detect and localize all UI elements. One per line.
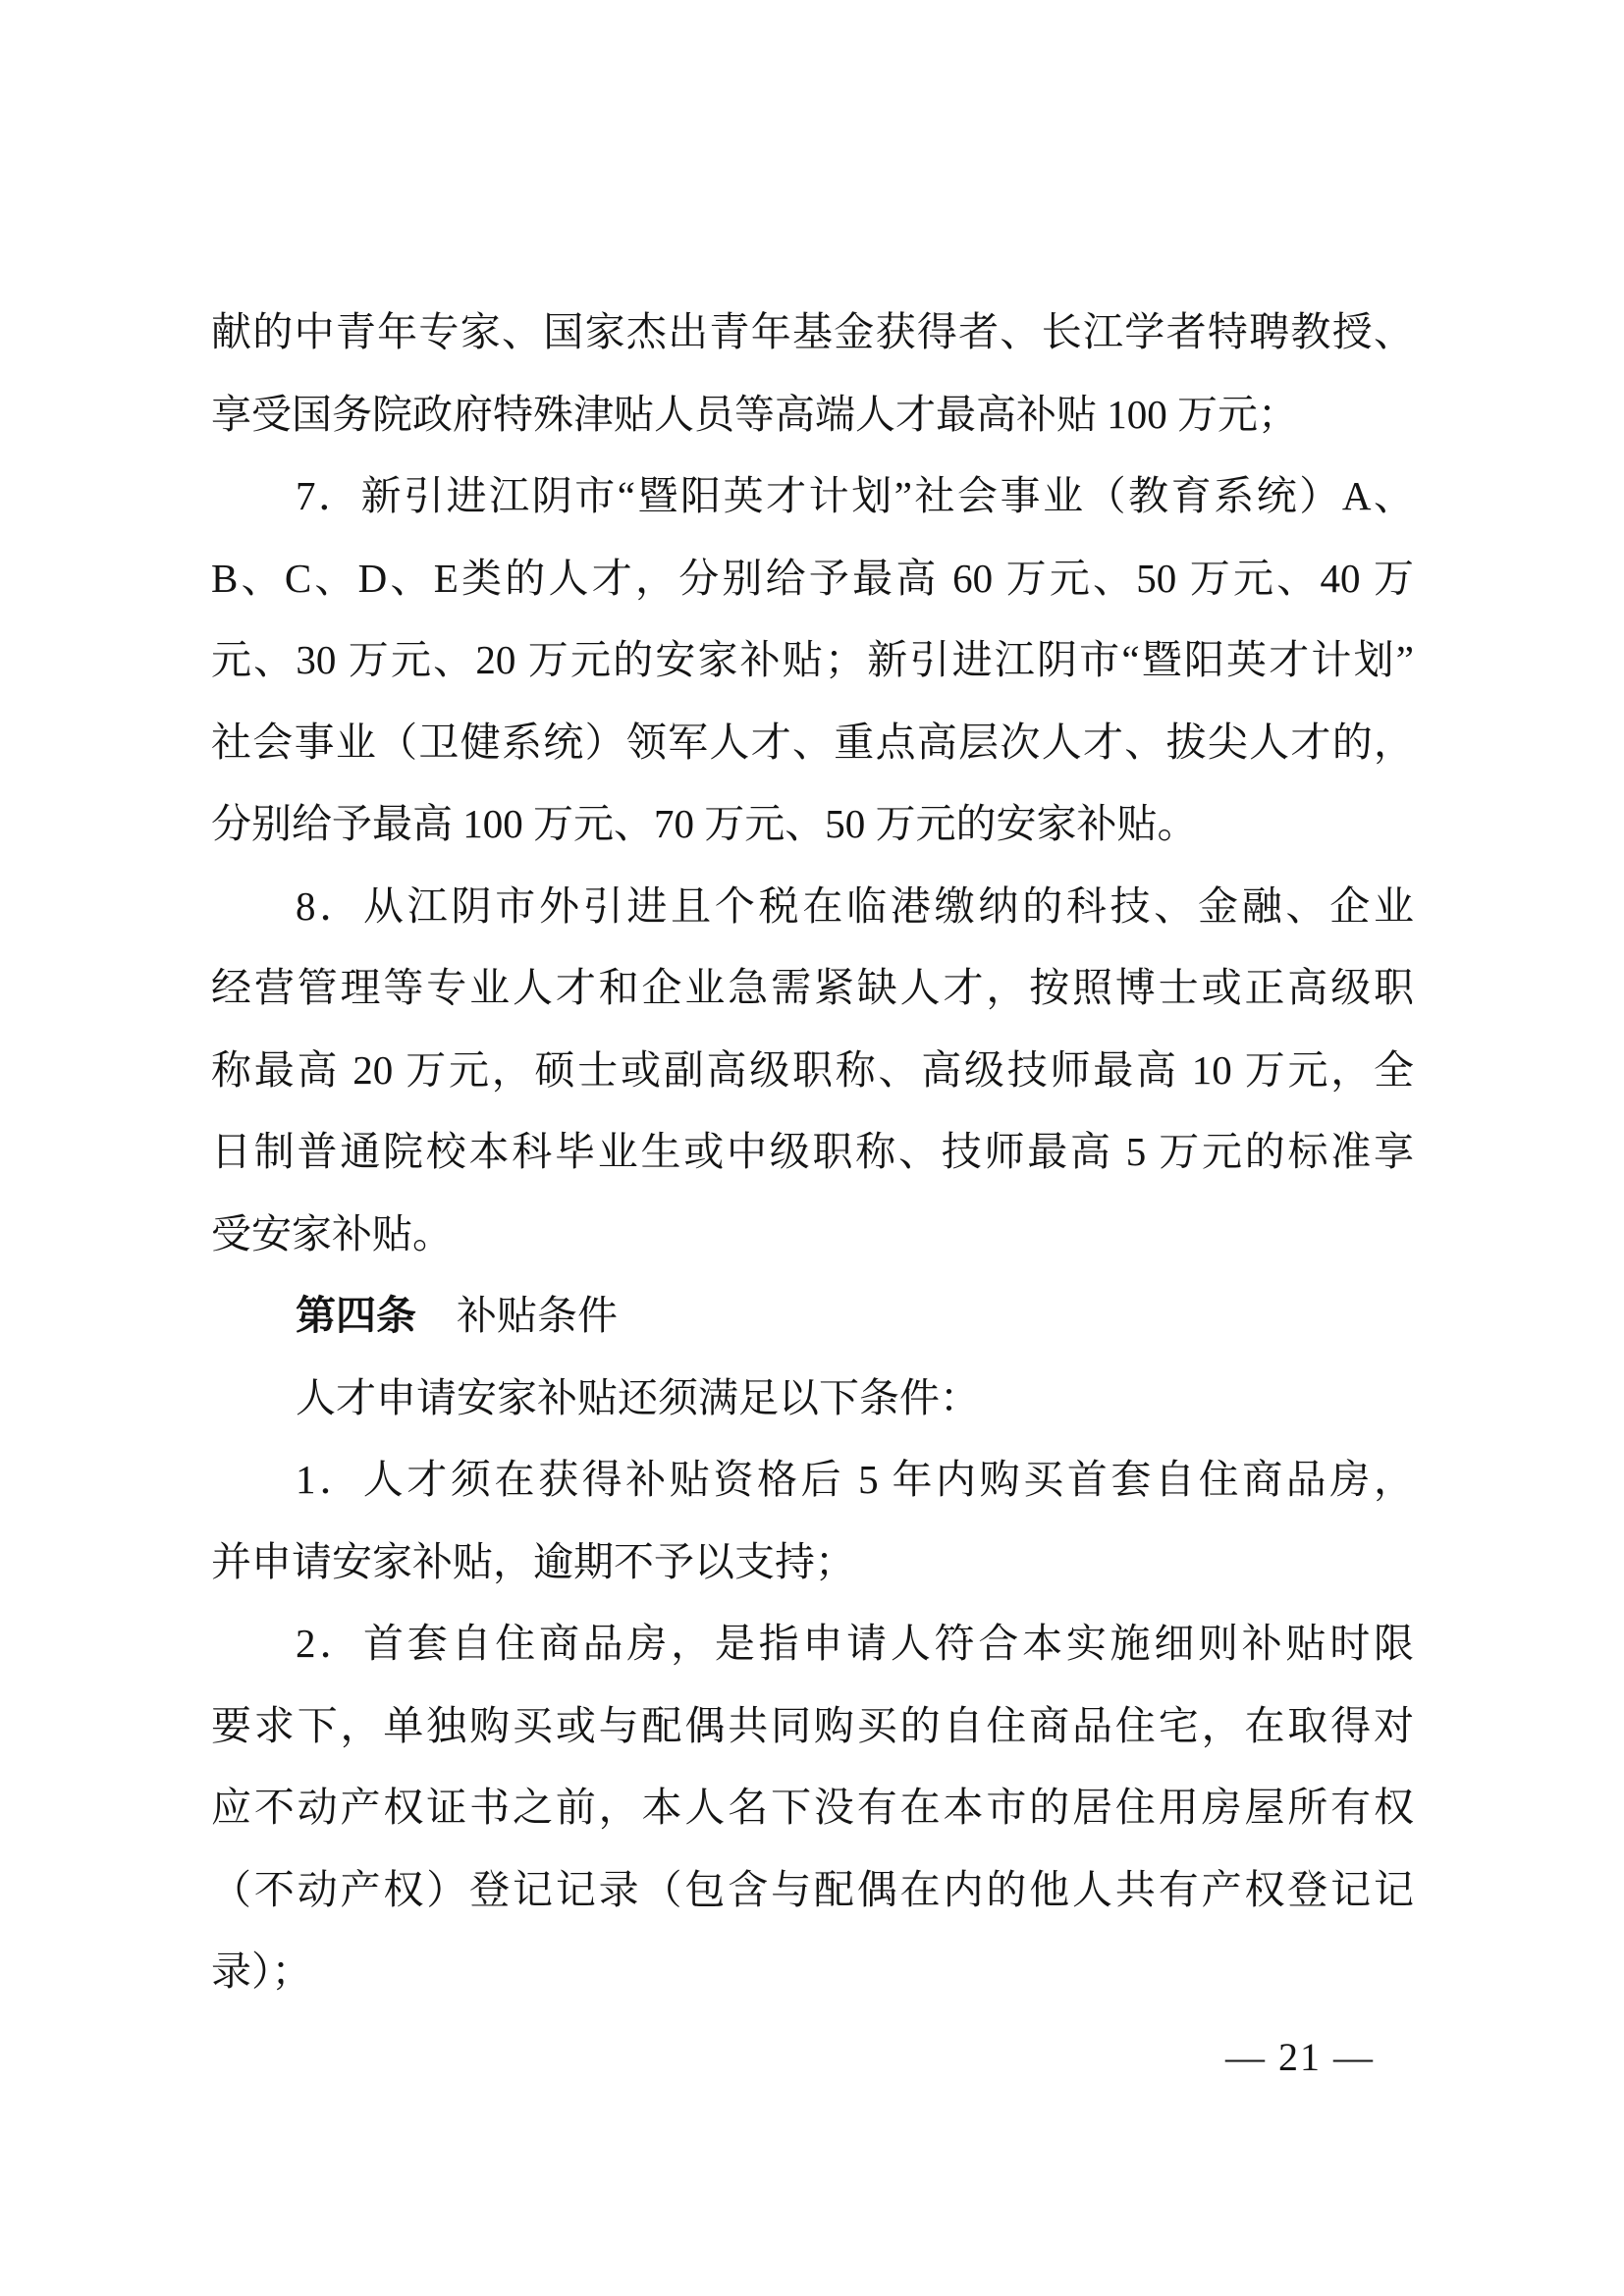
line-text: 并申请安家补贴，逾期不予以支持；: [211, 1539, 855, 1584]
document-page: 献的中青年专家、国家杰出青年基金获得者、长江学者特聘教授、享受国务院政府特殊津贴…: [0, 0, 1624, 2296]
text-line: 2．首套自住商品房，是指申请人符合本实施细则补贴时限: [211, 1603, 1414, 1685]
line-text: 录）；: [211, 1949, 312, 1994]
text-line: 社会事业（卫健系统）领军人才、重点高层次人才、拔尖人才的，: [211, 702, 1414, 784]
text-line: 经营管理等专业人才和企业急需紧缺人才，按照博士或正高级职: [211, 947, 1414, 1030]
text-line: 受安家补贴。: [211, 1194, 1414, 1276]
line-text: 日制普通院校本科毕业生或中级职称、技师最高 5 万元的标准享: [211, 1129, 1414, 1174]
page-number: — 21 —: [1225, 2034, 1375, 2081]
text-line: 享受国务院政府特殊津贴人员等高端人才最高补贴 100 万元；: [211, 374, 1414, 456]
text-line: 录）；: [211, 1931, 1414, 2013]
line-text: （不动产权）登记记录（包含与配偶在内的他人共有产权登记记: [211, 1867, 1414, 1912]
text-line: 并申请安家补贴，逾期不予以支持；: [211, 1522, 1414, 1604]
text-block: 献的中青年专家、国家杰出青年基金获得者、长江学者特聘教授、享受国务院政府特殊津贴…: [211, 292, 1414, 2013]
text-line: 人才申请安家补贴还须满足以下条件：: [211, 1358, 1414, 1440]
text-line: 8．从江阴市外引进且个税在临港缴纳的科技、金融、企业: [211, 866, 1414, 948]
text-line: 要求下，单独购买或与配偶共同购买的自住商品住宅，在取得对: [211, 1685, 1414, 1768]
text-line: 7．新引进江阴市“暨阳英才计划”社会事业（教育系统）A、: [211, 455, 1414, 538]
line-text: 社会事业（卫健系统）领军人才、重点高层次人才、拔尖人才的，: [211, 720, 1414, 765]
text-line: （不动产权）登记记录（包含与配偶在内的他人共有产权登记记: [211, 1849, 1414, 1932]
line-text: 1．人才须在获得补贴资格后 5 年内购买首套自住商品房，: [296, 1457, 1414, 1502]
text-line: 称最高 20 万元，硕士或副高级职称、高级技师最高 10 万元，全: [211, 1030, 1414, 1112]
text-line: 1．人才须在获得补贴资格后 5 年内购买首套自住商品房，: [211, 1439, 1414, 1522]
line-text: 元、30 万元、20 万元的安家补贴；新引进江阴市“暨阳英才计划”: [211, 637, 1414, 682]
line-text: 人才申请安家补贴还须满足以下条件：: [296, 1375, 980, 1420]
line-text: 应不动产权证书之前，本人名下没有在本市的居住用房屋所有权: [211, 1785, 1414, 1830]
text-line: 元、30 万元、20 万元的安家补贴；新引进江阴市“暨阳英才计划”: [211, 619, 1414, 702]
text-line: 献的中青年专家、国家杰出青年基金获得者、长江学者特聘教授、: [211, 292, 1414, 374]
line-text: 献的中青年专家、国家杰出青年基金获得者、长江学者特聘教授、: [211, 309, 1414, 354]
text-line: 应不动产权证书之前，本人名下没有在本市的居住用房屋所有权: [211, 1767, 1414, 1849]
text-line: 第四条 补贴条件: [211, 1275, 1414, 1358]
text-line: 日制普通院校本科毕业生或中级职称、技师最高 5 万元的标准享: [211, 1111, 1414, 1194]
line-text: 称最高 20 万元，硕士或副高级职称、高级技师最高 10 万元，全: [211, 1047, 1414, 1093]
line-text: 经营管理等专业人才和企业急需紧缺人才，按照博士或正高级职: [211, 965, 1414, 1010]
line-text: 7．新引进江阴市“暨阳英才计划”社会事业（教育系统）A、: [296, 473, 1414, 518]
text-line: B、C、D、E类的人才，分别给予最高 60 万元、50 万元、40 万: [211, 538, 1414, 620]
line-text: 享受国务院政府特殊津贴人员等高端人才最高补贴 100 万元；: [211, 392, 1298, 437]
line-text: 受安家补贴。: [211, 1211, 453, 1256]
line-text: B、C、D、E类的人才，分别给予最高 60 万元、50 万元、40 万: [211, 556, 1414, 601]
line-text: 8．从江阴市外引进且个税在临港缴纳的科技、金融、企业: [296, 883, 1414, 929]
line-text: 补贴条件: [416, 1293, 618, 1338]
line-text: 分别给予最高 100 万元、70 万元、50 万元的安家补贴。: [211, 801, 1198, 846]
text-line: 分别给予最高 100 万元、70 万元、50 万元的安家补贴。: [211, 783, 1414, 866]
line-text: 要求下，单独购买或与配偶共同购买的自住商品住宅，在取得对: [211, 1703, 1414, 1748]
line-text: 2．首套自住商品房，是指申请人符合本实施细则补贴时限: [296, 1621, 1414, 1666]
section-heading-label: 第四条: [296, 1293, 416, 1338]
